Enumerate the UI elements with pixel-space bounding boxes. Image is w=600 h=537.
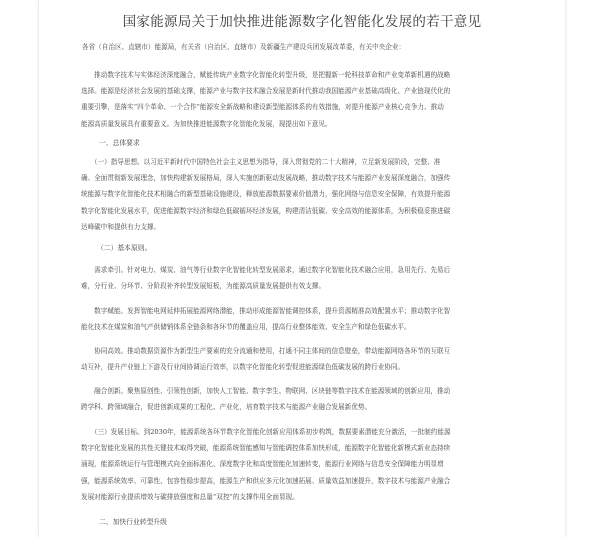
text-line: 重要引擎，是落实“四个革命、一个合作”能源安全新战略和建设新型能源体系的有效措施… — [81, 99, 503, 115]
text-line: （三）发展目标。到2030年，能源系统各环节数字化智能化创新应用体系初步构筑，数… — [81, 424, 503, 440]
text-line: 融合创新。聚焦原创性、引领性创新，加快人工智能、数字孪生、物联网、区块链等数字技… — [81, 383, 503, 399]
text-line: 需求牵引。针对电力、煤炭、油气等行业数字化智能化转型发展需求，通过数字化智能化技… — [81, 262, 503, 278]
text-line: （一）指导思想。以习近平新时代中国特色社会主义思想为指导，深入贯彻党的二十大精神… — [81, 154, 503, 170]
text-line: 数字赋能。发挥智能电网延伸拓展能源网络潜能，推动形成能源智能调控体系，提升资源精… — [81, 303, 503, 319]
text-line: 数字化智能化发展的共性关键技术取得突破，能源系统智能感知与智能调控体系加快形成，… — [81, 440, 503, 456]
principle-synergy-paragraph: 协同高效。推动数据资源作为新型生产要素的充分流通和使用，打通不同主体间的信息壁垒… — [81, 343, 503, 375]
text-line: 推动数字技术与实体经济深度融合，赋能传统产业数字化智能化转型升级，是把握新一轮科… — [81, 67, 503, 83]
text-line: 能化技术在煤炭和油气产供储销体系全链条和各环节的覆盖应用，提高行业整体能效、安全… — [81, 319, 503, 335]
document-page: 国家能源局关于加快推进能源数字化智能化发展的若干意见 各省（自治区、直辖市）能源… — [38, 0, 566, 537]
text-line: 动互补，提升产业链上下游及行业间协调运行效率，以数字化智能化转型促进能源绿色低碳… — [81, 359, 503, 375]
text-line: 统能源与数字化智能化技术相融合的新型基础设施建设，释放能源数据要素价值潜力，强化… — [81, 186, 503, 202]
basic-principles-heading: （二）基本原则。 — [97, 242, 151, 252]
text-line: 数字化智能化发展水平，促进能源数字经济和绿色低碳循环经济发展，构建清洁低碳、安全… — [81, 203, 503, 219]
text-line: 达峰碳中和提供有力支撑。 — [81, 219, 503, 235]
text-line: 发展对能源行业提质增效与碳排放强度和总量“双控”的支撑作用全面显现。 — [81, 489, 503, 505]
section-heading-industry-transformation: 二、加快行业转型升级 — [99, 516, 167, 526]
principle-empower-paragraph: 数字赋能。发挥智能电网延伸拓展能源网络潜能，推动形成能源智能调控体系，提升资源精… — [81, 303, 503, 335]
principle-innovation-paragraph: 融合创新。聚焦原创性、引领性创新，加快人工智能、数字孪生、物联网、区块链等数字技… — [81, 383, 503, 415]
text-line: 确、全面贯彻新发展理念，加快构建新发展格局，深入实施创新驱动发展战略，推动数字技… — [81, 170, 503, 186]
intro-paragraph: 推动数字技术与实体经济深度融合，赋能传统产业数字化智能化转型升级，是把握新一轮科… — [81, 67, 503, 132]
guiding-thought-paragraph: （一）指导思想。以习近平新时代中国特色社会主义思想为指导，深入贯彻党的二十大精神… — [81, 154, 503, 235]
text-line: 选择。能源是经济社会发展的基础支撑，能源产业与数字技术融合发展是新时代推动我国能… — [81, 83, 503, 99]
text-line: 跨学科、跨领域融合，促进创新成果的工程化、产业化，培育数字技术与能源产业融合发展… — [81, 399, 503, 415]
text-line: 难，分行业、分环节、分阶段补齐转型发展短板，为能源高质量发展提供有效支撑。 — [81, 278, 503, 294]
document-title: 国家能源局关于加快推进能源数字化智能化发展的若干意见 — [39, 10, 565, 30]
section-heading-overall-requirements: 一、总体要求 — [99, 137, 140, 147]
principle-demand-paragraph: 需求牵引。针对电力、煤炭、油气等行业数字化智能化转型发展需求，通过数字化智能化技… — [81, 262, 503, 294]
text-line: 协同高效。推动数据资源作为新型生产要素的充分流通和使用，打通不同主体间的信息壁垒… — [81, 343, 503, 359]
development-goals-paragraph: （三）发展目标。到2030年，能源系统各环节数字化智能化创新应用体系初步构筑，数… — [81, 424, 503, 505]
text-line: 涌现，能源系统运行与管理模式向全面标准化、深度数字化和高度智能化加速转变，能源行… — [81, 456, 503, 472]
text-line: 强，能源系统效率、可靠性、包容性稳步提高，能源生产和供应多元化加速拓展、质量效益… — [81, 473, 503, 489]
text-line: 能源高质量发展具有重要意义。为加快推进能源数字化智能化发展，现提出如下意见。 — [81, 116, 503, 132]
salutation: 各省（自治区、直辖市）能源局，有关省（自治区、直辖市）及新疆生产建设兵团发展改革… — [82, 41, 405, 51]
